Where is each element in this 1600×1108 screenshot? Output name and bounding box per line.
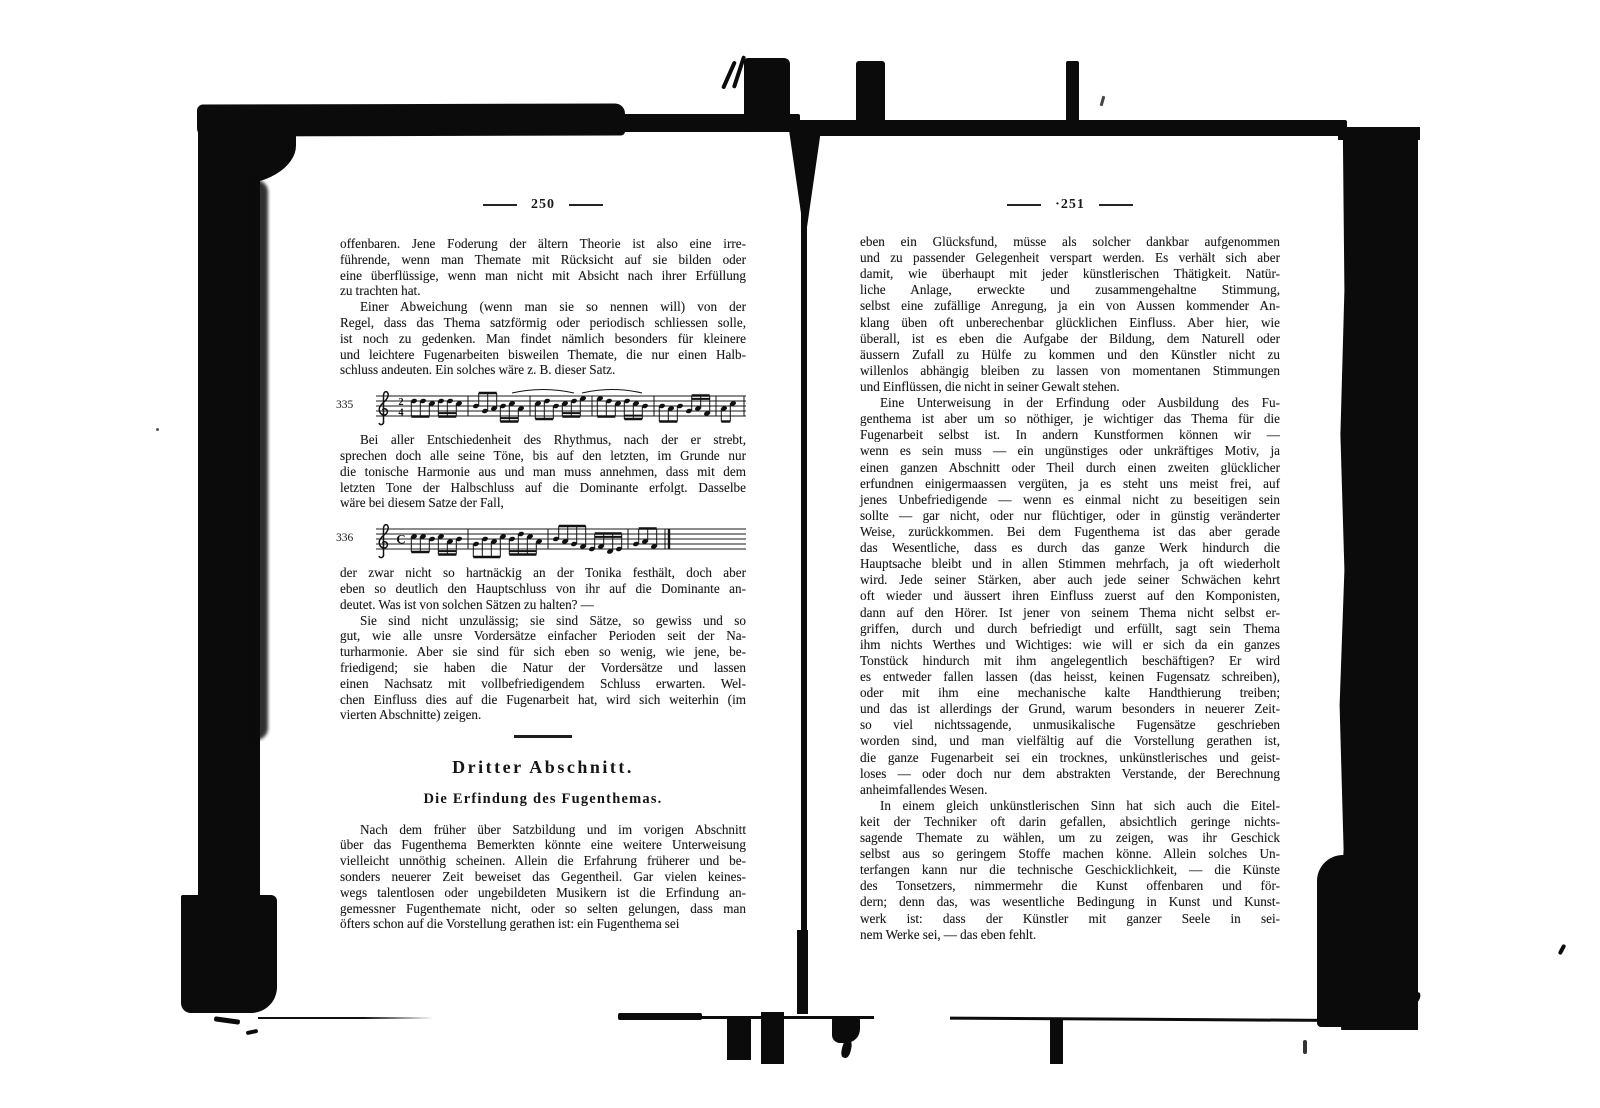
text-line: sagende Themate zu wählen, um zu zeigen,… — [860, 830, 1280, 846]
text-line: chen Einfluss dies auf die Fugenarbeit h… — [340, 692, 746, 708]
text-line: In einem gleich unkünstlerischen Sinn ha… — [860, 798, 1280, 814]
paragraph: In einem gleich unkünstlerischen Sinn ha… — [860, 798, 1280, 943]
text-line: die ganze Fugenarbeit sei ein trocknes, … — [860, 750, 1280, 766]
text-line: selbst eine zufällige Anregung, ja ein v… — [860, 298, 1280, 314]
text-line: sonders neuerer Zeit beweiset das Gegent… — [340, 869, 746, 885]
text-line: Tonstück hindurch mit ihm angelegentlich… — [860, 653, 1280, 669]
text-line: turharmonie. Aber sie sind für sich eben… — [340, 644, 746, 660]
section-heading: Dritter Abschnitt. — [340, 756, 746, 778]
music-example-336: 336 C — [340, 517, 746, 561]
scan-top-bar2 — [856, 61, 885, 127]
text-line: worden sind, und man vielfältig auf die … — [860, 733, 1280, 749]
scan-right-band-bottom-flare — [1317, 855, 1417, 1027]
paragraph: Bei aller Entschiedenheit des Rhythmus, … — [340, 432, 746, 511]
text-line: und zu passender Gelegenheit verspart we… — [860, 250, 1280, 266]
scan-bottom-tab2 — [761, 1012, 784, 1064]
text-line: wäre bei diesem Satze der Fall, — [340, 495, 746, 511]
text-line: zu trachten hat. — [340, 283, 746, 299]
text-line: Regel, dass das Thema satzförmig oder pe… — [340, 315, 746, 331]
scan-left-band — [198, 128, 260, 918]
text-line: Eine Unterweisung in der Erfindung oder … — [860, 395, 1280, 411]
scan-right-edge-tick — [1558, 944, 1567, 956]
pagenum-dash — [483, 204, 517, 206]
right-page: ·251 eben ein Glücksfund, müsse als solc… — [860, 196, 1280, 943]
text-line: schluss andeuten. Ein solches wäre z. B.… — [340, 362, 746, 378]
text-line: wenn es sein muss — ein ungünstiges oder… — [860, 443, 1280, 459]
text-line: so viel nichtssagende, unmusikalische Fu… — [860, 717, 1280, 733]
music-example-335: 335 24 — [340, 384, 746, 428]
text-line: gut, wie alle unsre Vordersätze einfache… — [340, 628, 746, 644]
scan-bottom-line-left — [258, 1017, 434, 1019]
text-line: loses — oder doch nur dem abstrakten Ver… — [860, 766, 1280, 782]
text-line: Bei aller Entschiedenheit des Rhythmus, … — [340, 432, 746, 448]
pagenum-dash — [1007, 204, 1041, 206]
music-staff-336: C — [354, 517, 746, 561]
text-line: vielleicht unnöthig scheinen. Allein die… — [340, 853, 746, 869]
scan-gutter-bottom — [797, 930, 808, 1014]
scan-bottom-line-mid — [618, 1013, 702, 1020]
text-line: liche Anlage, erweckte und zusammengehal… — [860, 282, 1280, 298]
text-line: äussern Zufall zu Hülfe zu kommen und de… — [860, 347, 1280, 363]
text-line: des Tonsetzers, nimmermehr die Kunst off… — [860, 878, 1280, 894]
section-subheading: Die Erfindung des Fugenthemas. — [340, 790, 746, 808]
left-page-number: 250 — [531, 197, 555, 213]
text-line: willenlos abhängig bleiben zu lassen von… — [860, 363, 1280, 379]
text-line: der zwar nicht so hartnäckig an der Toni… — [340, 565, 746, 581]
svg-text:4: 4 — [398, 408, 404, 419]
svg-text:C: C — [396, 532, 405, 547]
text-line: und leichtere Fugenarbeiten bisweilen Th… — [340, 347, 746, 363]
text-line: gemessner Fugenthemate nicht, oder so se… — [340, 901, 746, 917]
text-line: Sie sind nicht unzulässig; sie sind Sätz… — [340, 613, 746, 629]
left-page: 250 offenbaren. Jene Foderung der ältern… — [340, 196, 746, 932]
text-line: wegs talentlosen oder ungebildeten Musik… — [340, 885, 746, 901]
scan-left-band-bottom-blob — [181, 895, 277, 1013]
right-page-number-row: ·251 — [860, 196, 1280, 214]
text-line: öfters schon auf die Vorstellung gerathe… — [340, 916, 746, 932]
text-line: nem Werke sei, — das eben fehlt. — [860, 927, 1280, 943]
scan-left-band-ragged-edge — [252, 180, 268, 740]
text-line: offenbaren. Jene Foderung der ältern The… — [340, 236, 746, 252]
right-text-block: eben ein Glücksfund, müsse als solcher d… — [860, 234, 1280, 943]
text-line: sprechen doch alle seine Töne, bis auf d… — [340, 448, 746, 464]
scan-top-bar3 — [1066, 61, 1079, 131]
text-line: damit, wie überhaupt mit jeder künstleri… — [860, 266, 1280, 282]
text-line: Weise, zurückkommen. Bei dem Fugenthema … — [860, 524, 1280, 540]
text-line: eben ein Glücksfund, müsse als solcher d… — [860, 234, 1280, 250]
text-line: Fugenarbeit selbst ist. In andern Kunstf… — [860, 427, 1280, 443]
music-staff-335: 24 — [354, 384, 746, 428]
left-text-block-top: offenbaren. Jene Foderung der ältern The… — [340, 236, 746, 378]
paragraph: eben ein Glücksfund, müsse als solcher d… — [860, 234, 1280, 395]
text-line: genthema ist aber um so nöthiger, je wic… — [860, 411, 1280, 427]
music-example-number: 336 — [336, 532, 353, 544]
paragraph: Eine Unterweisung in der Erfindung oder … — [860, 395, 1280, 798]
text-line: selbst aus so geringem Stoffe machen kön… — [860, 846, 1280, 862]
text-line: ist noch zu gedenken. Man findet nämlich… — [340, 331, 746, 347]
text-line: die tonische Harmonie aus und man muss a… — [340, 464, 746, 480]
text-line: und das ist allerdings der Grund, warum … — [860, 701, 1280, 717]
scan-bookmark-blob — [744, 58, 790, 130]
text-line: klang üben oft unberechenbar glücklichen… — [860, 315, 1280, 331]
text-line: überall, ist es eben die Aufgabe der Bil… — [860, 331, 1280, 347]
text-line: anheimfallendes Wesen. — [860, 782, 1280, 798]
text-line: oder mit ihm eine mechanische kalte Hand… — [860, 685, 1280, 701]
text-line: einen ganzen Abschnitt oder Theil durch … — [860, 460, 1280, 476]
scan-bottom-left-speck2 — [246, 1029, 259, 1035]
paragraph: der zwar nicht so hartnäckig an der Toni… — [340, 565, 746, 612]
pagenum-dash — [1099, 204, 1133, 206]
paragraph: Einer Abweichung (wenn man sie so nennen… — [340, 299, 746, 378]
text-line: sollte — gar nicht, oder nur flüchtiger,… — [860, 508, 1280, 524]
text-line: erfundnen einigermaassen vergüten, ja es… — [860, 476, 1280, 492]
text-line: terfangen kann nur die technische Geschi… — [860, 862, 1280, 878]
text-line: oft wieder und äussert ihren Einfluss zu… — [860, 588, 1280, 604]
text-line: einen Nachsatz mit vollbefriedigendem Sc… — [340, 676, 746, 692]
paragraph: Sie sind nicht unzulässig; sie sind Sätz… — [340, 613, 746, 724]
paragraph: offenbaren. Jene Foderung der ältern The… — [340, 236, 746, 299]
text-line: es entweder fallen lassen (das heisst, k… — [860, 669, 1280, 685]
left-text-block-bottom: Nach dem früher über Satzbildung und im … — [340, 822, 746, 933]
text-line: friedigend; sie haben die Natur der Vord… — [340, 660, 746, 676]
text-line: griffen, durch und durch befriedigt und … — [860, 621, 1280, 637]
text-line: dern; denn das, was wesentliche Bedingun… — [860, 894, 1280, 910]
text-line: eine überflüssige, wenn man nicht mit Ab… — [340, 268, 746, 284]
pagenum-dash — [569, 204, 603, 206]
text-line: dann auf den Hörer. Ist jener von seinem… — [860, 605, 1280, 621]
text-line: wird. Jede seiner Stärken, aber auch jed… — [860, 572, 1280, 588]
music-example-number: 335 — [336, 399, 353, 411]
text-line: werk ist: dass der Künstler mit ganzer S… — [860, 911, 1280, 927]
text-line: und Einflüssen, die nicht in seiner Gewa… — [860, 379, 1280, 395]
scan-bottom-left-speck — [214, 1016, 240, 1025]
left-page-number-row: 250 — [340, 196, 746, 214]
text-line: jenes Unbefriedigende — wenn es einmal n… — [860, 492, 1280, 508]
text-line: ihm nichts Werthes und Wichtiges: wie wi… — [860, 637, 1280, 653]
left-text-block-after: der zwar nicht so hartnäckig an der Toni… — [340, 565, 746, 723]
scan-speck-right-inner — [1303, 1040, 1307, 1054]
text-line: Hauptsache bleibt und in allen Stimmen m… — [860, 556, 1280, 572]
text-line: letzten Tone der Halbschluss auf die Dom… — [340, 480, 746, 496]
text-line: führende, wenn man Themate mit Rücksicht… — [340, 252, 746, 268]
scan-speck-margin — [156, 428, 159, 431]
text-line: Einer Abweichung (wenn man sie so nennen… — [340, 299, 746, 315]
paragraph: Nach dem früher über Satzbildung und im … — [340, 822, 746, 933]
text-line: Nach dem früher über Satzbildung und im … — [340, 822, 746, 838]
left-text-block-mid: Bei aller Entschiedenheit des Rhythmus, … — [340, 432, 746, 511]
text-line: über das Fugenthema Bemerkten könnte ein… — [340, 837, 746, 853]
right-page-number: ·251 — [1055, 197, 1085, 213]
scan-gutter-line — [801, 205, 807, 955]
scan-left-band-flare — [198, 128, 296, 186]
section-divider-rule — [514, 735, 572, 738]
scan-bottom-tab3 — [1050, 1020, 1063, 1064]
text-line: keit der Techniker oft darin gefallen, a… — [860, 814, 1280, 830]
svg-text:2: 2 — [398, 397, 403, 408]
text-line: deutet. Was ist von solchen Sätzen zu ha… — [340, 597, 746, 613]
scan-small-tick — [1100, 96, 1106, 106]
scan-bottom-tab1 — [727, 1018, 751, 1060]
text-line: eben so deutlich den Hauptschluss von ih… — [340, 581, 746, 597]
text-line: vierten Abschnitte) zeigen. — [340, 707, 746, 723]
text-line: das Wesentliche, dass es durch das ganze… — [860, 540, 1280, 556]
